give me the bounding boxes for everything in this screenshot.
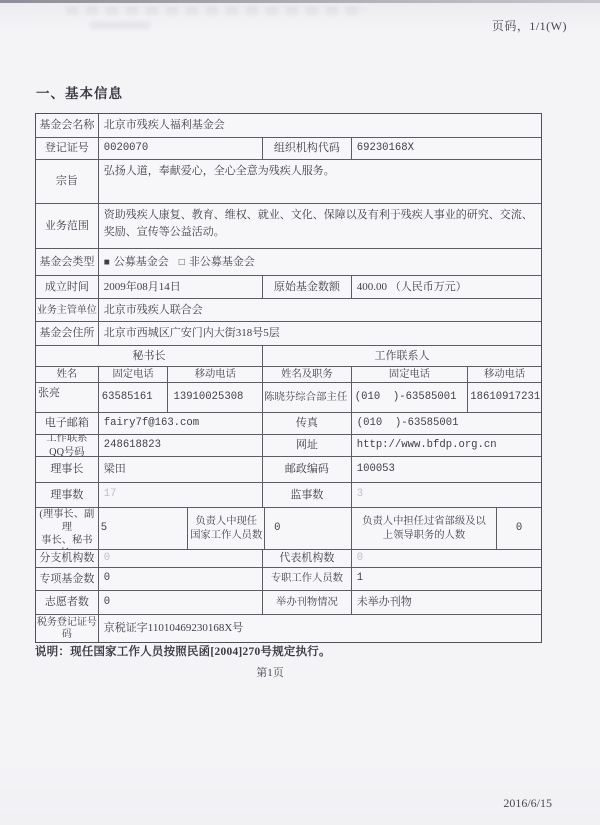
chairman-label: 理事长 (36, 457, 99, 482)
directors-count-label: 理事数 (36, 483, 99, 507)
registration-no-value: 0020070 (99, 138, 263, 159)
row-foundation-name: 基金会名称 北京市残疾人福利基金会 (36, 114, 541, 138)
foundation-type-nonpublic-label: 非公募基金会 (189, 255, 255, 269)
row-registration: 登记证号 0020070 组织机构代码 69230168X (36, 138, 541, 160)
row-special-funds: 专项基金数 0 专职工作人员数 1 (36, 568, 541, 591)
secretary-mobile: 13910025308 (168, 383, 263, 412)
established-label: 成立时间 (36, 276, 99, 298)
sec-name-header: 姓名 (36, 367, 99, 382)
email-value: fairy7f@163.com (99, 413, 263, 434)
publications-value: 未举办刊物 (352, 591, 541, 614)
state-staff-value: 0 (265, 508, 352, 549)
secretary-phone: 63585161 (99, 383, 169, 412)
scan-bleed-smudge-small (90, 22, 150, 29)
row-purpose: 宗旨 弘扬人道，奉献爱心，全心全意为残疾人服务。 (36, 160, 541, 204)
original-fund-label: 原始基金数额 (263, 276, 352, 298)
row-chairman-postcode: 理事长 梁田 邮政编码 100053 (36, 457, 541, 483)
established-value: 2009年08月14日 (99, 276, 263, 298)
row-supervisor-unit: 业务主管单位 北京市残疾人联合会 (36, 299, 541, 322)
supervisor-unit-label: 业务主管单位 (36, 299, 99, 321)
row-directors-supervisors: 理事数 17 监事数 3 (36, 483, 541, 508)
qq-value: 248618823 (99, 435, 263, 456)
secretary-section-header: 秘书长 (36, 346, 263, 366)
fax-label: 传真 (263, 413, 352, 434)
supervisor-unit-value: 北京市残疾人联合会 (99, 299, 541, 321)
sec-phone-header: 固定电话 (99, 367, 169, 382)
contact-mobile: 18610917231 (468, 383, 541, 412)
supervisors-count-label: 监事数 (263, 483, 352, 507)
foundation-type-value: ■ 公募基金会 □ 非公募基金会 (99, 249, 541, 275)
business-scope-value: 资助残疾人康复、教育、维权、就业、文化、保障以及有利于残疾人事业的研究、交流、奖… (99, 204, 541, 248)
rep-offices-value: 0 (352, 550, 541, 567)
postcode-value: 100053 (352, 457, 541, 482)
row-contact-column-headers: 姓名 固定电话 移动电话 姓名及职务 固定电话 移动电话 (36, 367, 541, 383)
provincial-leaders-value: 0 (497, 508, 541, 549)
original-fund-value: 400.00 （人民币万元） (352, 276, 541, 298)
footnote: 说明：现任国家工作人员按照民函[2004]270号规定执行。 (35, 643, 331, 659)
supervisors-count-value: 3 (352, 483, 541, 507)
purpose-label: 宗旨 (36, 160, 99, 203)
address-value: 北京市西城区广安门内大街318号5层 (99, 322, 541, 345)
section-title: 一、基本信息 (36, 82, 123, 102)
volunteers-count-value: 0 (99, 591, 263, 614)
row-tax-registration: 税务登记证号 码 京税证字11010469230168X号 (36, 615, 541, 642)
org-code-value: 69230168X (352, 138, 541, 159)
row-email-fax: 电子邮箱 fairy7f@163.com 传真 (010 )-63585001 (36, 413, 541, 435)
org-code-label: 组织机构代码 (263, 138, 352, 159)
leaders-count-label: 负责人数 (理事长、副理 事长、秘书长) (36, 508, 99, 549)
foundation-type-public-label: 公募基金会 (114, 255, 169, 269)
state-staff-label: 负责人中现任 国家工作人员数 (188, 508, 265, 549)
postcode-label: 邮政编码 (263, 457, 352, 482)
row-address: 基金会住所 北京市西城区广安门内大街318号5层 (36, 322, 541, 346)
contact-phone: (010 )-63585001 (352, 383, 469, 412)
con-mobile-header: 移动电话 (468, 367, 541, 382)
con-name-header: 姓名及职务 (263, 367, 352, 382)
secretary-name: 张亮 (36, 383, 99, 412)
sec-mobile-header: 移动电话 (168, 367, 263, 382)
website-label: 网址 (263, 435, 352, 456)
row-qq-website: 工作联系 QQ号码 248618823 网址 http://www.bfdp.o… (36, 435, 541, 457)
publications-label: 举办刊物情况 (263, 591, 352, 614)
special-funds-label: 专项基金数 (36, 568, 99, 590)
con-phone-header: 固定电话 (352, 367, 469, 382)
row-established: 成立时间 2009年08月14日 原始基金数额 400.00 （人民币万元） (36, 276, 541, 299)
chairman-value: 梁田 (99, 457, 263, 482)
tax-reg-label: 税务登记证号 码 (36, 615, 99, 642)
leaders-count-value: 5 (99, 508, 189, 549)
page-code: 页码，1/1(W) (492, 17, 567, 34)
contact-name-title: 陈晓芬综合部主任 (263, 383, 352, 412)
contact-section-header: 工作联系人 (263, 346, 541, 366)
scan-bleed-smudge (66, 6, 366, 15)
fax-value: (010 )-63585001 (352, 413, 541, 434)
website-value: http://www.bfdp.org.cn (352, 435, 541, 456)
checkbox-unchecked-icon: □ (179, 256, 185, 269)
foundation-name-label: 基金会名称 (36, 114, 99, 137)
basic-info-table: 基金会名称 北京市残疾人福利基金会 登记证号 0020070 组织机构代码 69… (35, 113, 542, 643)
row-leaders: 负责人数 (理事长、副理 事长、秘书长) 5 负责人中现任 国家工作人员数 0 … (36, 508, 541, 550)
directors-count-value: 17 (99, 483, 263, 507)
provincial-leaders-label: 负责人中担任过省部级及以 上领导职务的人数 (352, 508, 497, 549)
fulltime-staff-value: 1 (352, 568, 541, 590)
fulltime-staff-label: 专职工作人员数 (263, 568, 352, 590)
branches-count-value: 0 (99, 550, 263, 567)
checkbox-checked-icon: ■ (104, 256, 110, 269)
page-number: 第1页 (0, 664, 540, 680)
business-scope-label: 业务范围 (36, 204, 99, 248)
rep-offices-label: 代表机构数 (263, 550, 352, 567)
qq-label: 工作联系 QQ号码 (36, 435, 99, 456)
registration-no-label: 登记证号 (36, 138, 99, 159)
row-section-headers: 秘书长 工作联系人 (36, 346, 541, 367)
foundation-name-value: 北京市残疾人福利基金会 (99, 114, 541, 137)
foundation-type-label: 基金会类型 (36, 249, 99, 275)
row-business-scope: 业务范围 资助残疾人康复、教育、维权、就业、文化、保障以及有利于残疾人事业的研究… (36, 204, 541, 249)
row-volunteers: 志愿者数 0 举办刊物情况 未举办刊物 (36, 591, 541, 615)
volunteers-count-label: 志愿者数 (36, 591, 99, 614)
scan-edge-artifact (0, 0, 600, 3)
special-funds-value: 0 (99, 568, 263, 590)
address-label: 基金会住所 (36, 322, 99, 345)
email-label: 电子邮箱 (36, 413, 99, 434)
branches-count-label: 分支机构数 (36, 550, 99, 567)
print-date: 2016/6/15 (503, 796, 552, 811)
row-contact-data: 张亮 63585161 13910025308 陈晓芬综合部主任 (010 )-… (36, 383, 541, 413)
purpose-value: 弘扬人道，奉献爱心，全心全意为残疾人服务。 (99, 160, 541, 203)
tax-reg-value: 京税证字11010469230168X号 (99, 615, 541, 642)
row-branches: 分支机构数 0 代表机构数 0 (36, 550, 541, 568)
row-foundation-type: 基金会类型 ■ 公募基金会 □ 非公募基金会 (36, 249, 541, 276)
